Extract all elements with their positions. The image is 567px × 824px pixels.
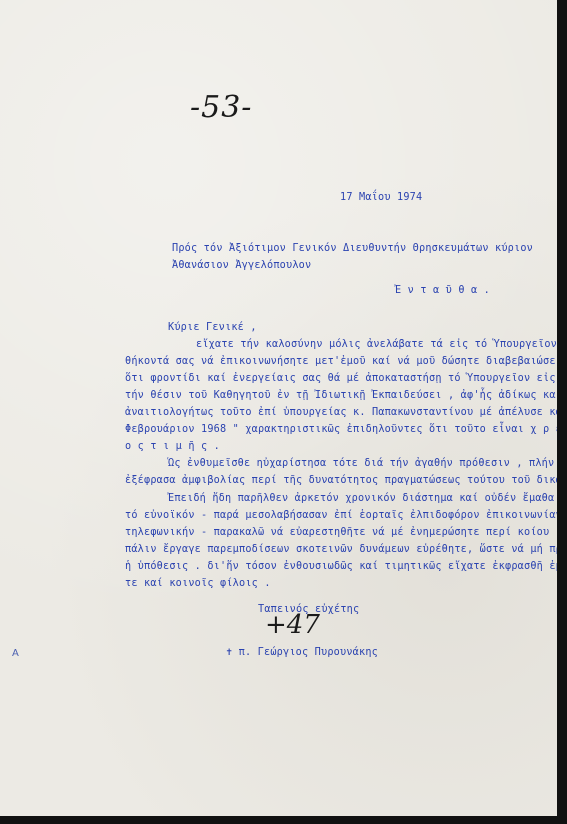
- body-line: ἐξέφρασα ἀμφιβολίας περί τῆς δυνατότητος…: [125, 476, 567, 486]
- body-line: ἀναιτιολογήτως τοῦτο ἐπί ὑπουργείας κ. Π…: [125, 408, 567, 418]
- body-line: Ἐπειδή ἤδη παρῆλθεν ἀρκετόν χρονικόν διά…: [168, 494, 554, 504]
- body-line: εἴχατε τήν καλοσύνην μόλις ἀνελάβατε τά …: [196, 340, 567, 350]
- scan-edge-right: [557, 0, 567, 824]
- body-line: Φεβρουάριον 1968 " χαρακτηριστικῶς ἐπιδη…: [125, 425, 567, 435]
- body-line: θήκοντά σας νά ἐπικοινωνήσητε μετ'ἐμοῦ κ…: [125, 357, 567, 367]
- body-line: τε καί κοινοῖς φίλοις .: [125, 579, 271, 589]
- body-line: ἡ ὑπόθεσις . δι'ἥν τόσον ἐνθουσιωδῶς καί…: [125, 562, 567, 572]
- letter-date: 17 Μαΐου 1974: [340, 193, 422, 203]
- recipient-line-2: Ἀθανάσιον Ἀγγελόπουλον: [172, 261, 311, 271]
- body-line: ὅτι φροντίδι καί ἐνεργείαις σας θά μέ ἀπ…: [125, 374, 556, 384]
- handwritten-page-number: -53-: [190, 90, 252, 125]
- body-line: τηλεφωνικήν - παρακαλῶ νά εὐαρεστηθῆτε ν…: [125, 528, 549, 538]
- signatory-name: ✝ π. Γεώργιος Πυρουνάκης: [226, 648, 378, 658]
- body-line: τό εὐνοϊκόν - παρά μεσολαβήσασαν ἐπί ἑορ…: [125, 511, 562, 521]
- scan-edge-bottom: [0, 816, 567, 824]
- location-line: Ἐ ν τ α ῦ θ α .: [395, 286, 490, 296]
- body-line: Ὡς ἐνθυμεῖσθε ηὐχαρίστησα τότε διά τήν ἀ…: [168, 459, 554, 469]
- handwritten-signature: +47: [265, 610, 320, 640]
- salutation: Κύριε Γενικέ ,: [168, 323, 257, 333]
- recipient-line-1: Πρός τόν Ἀξιότιμον Γενικόν Διευθυντήν Θρ…: [172, 244, 533, 254]
- margin-annotation: A: [12, 648, 19, 659]
- body-line: τήν θέσιν τοῦ Καθηγητοῦ ἐν τῇ Ἰδιωτικῇ Ἐ…: [125, 391, 562, 401]
- document-page: -53- 17 Μαΐου 1974 Πρός τόν Ἀξιότιμον Γε…: [0, 0, 557, 816]
- body-line: πάλιν ἔργαγε παρεμποδίσεων σκοτεινῶν δυν…: [125, 545, 567, 555]
- body-line: ο ς τ ι μ ῆ ς .: [125, 442, 220, 452]
